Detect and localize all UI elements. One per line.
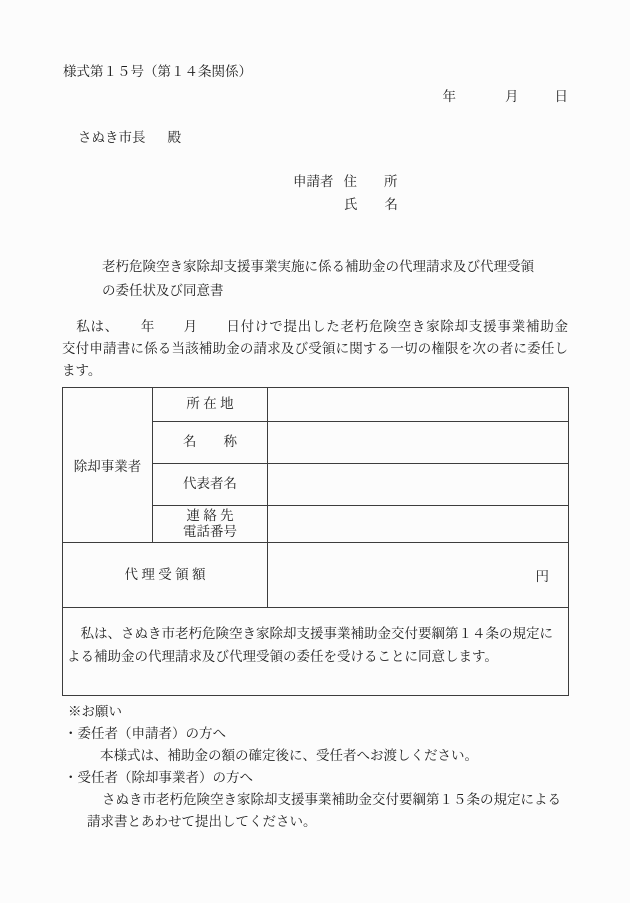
notes-item-delegator: ・委任者（申請者）の方へ bbox=[64, 723, 568, 745]
document-title-line1: 老朽危険空き家除却支援事業実施に係る補助金の代理請求及び代理受領 bbox=[102, 255, 568, 279]
representative-value-cell bbox=[268, 464, 569, 506]
location-label-cell: 所 在 地 bbox=[153, 388, 268, 422]
consent-line1: 私は、さぬき市老朽危険空き家除却支援事業補助金交付要綱第１４条の規定に bbox=[67, 622, 561, 645]
addressee-name: さぬき市長 bbox=[78, 130, 146, 145]
date-month-label: 月 bbox=[505, 89, 519, 104]
table-row-location: 除却事業者 所 在 地 bbox=[63, 388, 569, 422]
date-day-label: 日 bbox=[555, 89, 569, 104]
contractor-label-cell: 除却事業者 bbox=[63, 388, 153, 543]
document-title: 老朽危険空き家除却支援事業実施に係る補助金の代理請求及び代理受領 の委任状及び同… bbox=[102, 255, 568, 303]
notes-heading: ※お願い bbox=[68, 701, 568, 723]
table-row-consent: 私は、さぬき市老朽危険空き家除却支援事業補助金交付要綱第１４条の規定に よる補助… bbox=[63, 608, 569, 696]
notes-item-delegator-detail: 本様式は、補助金の額の確定後に、受任者へお渡しください。 bbox=[100, 745, 568, 767]
delegation-line3: ます。 bbox=[62, 360, 568, 382]
date-line: 年月日 bbox=[62, 87, 568, 106]
date-year-label: 年 bbox=[443, 89, 457, 104]
location-value-cell bbox=[268, 388, 569, 422]
contact-value-cell bbox=[268, 506, 569, 543]
yen-unit-label: 円 bbox=[536, 569, 550, 584]
delegation-paragraph: 私は、 年 月 日付けで提出した老朽危険空き家除却支援事業補助金 交付申請書に係… bbox=[62, 316, 568, 382]
applicant-block: 申請者住 所 氏 名 bbox=[293, 170, 568, 216]
document-title-line2: の委任状及び同意書 bbox=[102, 279, 568, 303]
consent-cell: 私は、さぬき市老朽危険空き家除却支援事業補助金交付要綱第１４条の規定に よる補助… bbox=[63, 608, 569, 696]
addressee-line: さぬき市長殿 bbox=[78, 128, 568, 147]
applicant-name-label: 氏 名 bbox=[344, 197, 398, 212]
document-page: 様式第１５号（第１４条関係） 年月日 さぬき市長殿 申請者住 所 氏 名 老朽危… bbox=[0, 0, 630, 903]
proxy-amount-value-cell: 円 bbox=[268, 543, 569, 608]
table-row-proxy-amount: 代 理 受 領 額 円 bbox=[63, 543, 569, 608]
name-label-cell: 名 称 bbox=[153, 422, 268, 464]
delegation-line2: 交付申請書に係る当該補助金の請求及び受領に関する一切の権限を次の者に委任し bbox=[62, 338, 568, 360]
applicant-address-line: 申請者住 所 bbox=[293, 170, 568, 193]
applicant-name-line: 氏 名 bbox=[293, 193, 568, 216]
representative-label-cell: 代表者名 bbox=[153, 464, 268, 506]
addressee-honorific: 殿 bbox=[168, 130, 182, 145]
contact-label-line1: 連 絡 先 bbox=[153, 508, 267, 525]
notes-item-delegatee-detail-line2: 請求書とあわせて提出してください。 bbox=[87, 811, 568, 833]
notes-item-delegatee-detail-line1: さぬき市老朽危険空き家除却支援事業補助金交付要綱第１５条の規定による bbox=[102, 789, 568, 811]
contact-label-cell: 連 絡 先 電話番号 bbox=[153, 506, 268, 543]
proxy-amount-label-cell: 代 理 受 領 額 bbox=[63, 543, 268, 608]
contractor-table: 除却事業者 所 在 地 名 称 代表者名 連 絡 先 電話番号 代 理 受 bbox=[62, 387, 569, 696]
notes-section: ※お願い ・委任者（申請者）の方へ 本様式は、補助金の額の確定後に、受任者へお渡… bbox=[62, 701, 568, 833]
form-number: 様式第１５号（第１４条関係） bbox=[63, 62, 568, 81]
contact-label-line2: 電話番号 bbox=[153, 524, 267, 541]
applicant-address-label: 住 所 bbox=[344, 174, 398, 189]
name-value-cell bbox=[268, 422, 569, 464]
delegation-line1: 私は、 年 月 日付けで提出した老朽危険空き家除却支援事業補助金 bbox=[62, 316, 568, 338]
consent-line2: よる補助金の代理請求及び代理受領の委任を受けることに同意します。 bbox=[67, 645, 561, 668]
applicant-label: 申請者 bbox=[293, 174, 334, 189]
notes-item-delegatee: ・受任者（除却事業者）の方へ bbox=[64, 767, 568, 789]
